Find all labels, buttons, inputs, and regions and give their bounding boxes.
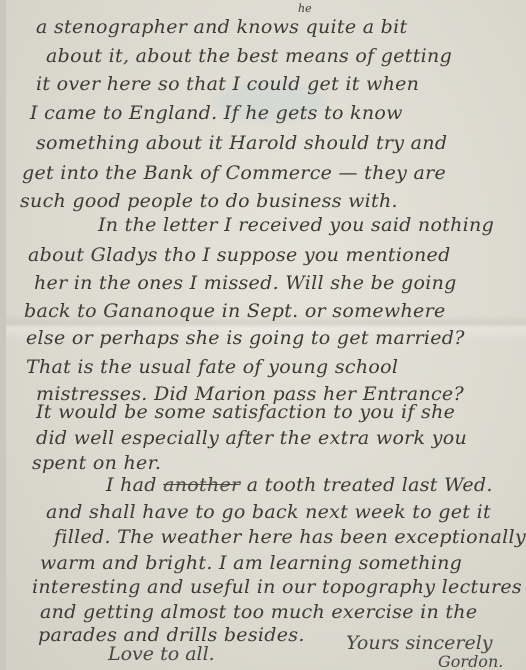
letter-line: That is the usual fate of young school xyxy=(26,356,398,378)
letter-line: about it, about the best means of gettin… xyxy=(46,45,452,67)
letter-page: he a stenographer and knows quite a bit … xyxy=(0,0,526,670)
letter-line: warm and bright. I am learning something xyxy=(40,552,462,574)
letter-line: In the letter I received you said nothin… xyxy=(98,214,494,236)
letter-line: something about it Harold should try and xyxy=(36,132,447,154)
letter-line: about Gladys tho I suppose you mentioned xyxy=(28,244,451,266)
letter-line: get into the Bank of Commerce — they are xyxy=(22,162,446,184)
struck-word: another xyxy=(163,474,240,496)
closing-love: Love to all. xyxy=(108,643,215,665)
letter-line: filled. The weather here has been except… xyxy=(54,526,526,548)
letter-line: a stenographer and knows quite a bit xyxy=(36,16,407,38)
letter-line: it over here so that I could get it when xyxy=(36,73,419,95)
signature: Gordon. xyxy=(438,652,503,670)
letter-line: It would be some satisfaction to you if … xyxy=(36,401,455,423)
letter-line: I came to England. If he gets to know xyxy=(30,102,403,124)
letter-line: did well especially after the extra work… xyxy=(36,427,467,449)
letter-line-tooth: I had another a tooth treated last Wed. xyxy=(106,474,493,496)
letter-line: spent on her. xyxy=(32,452,161,474)
letter-line: interesting and useful in our topography… xyxy=(32,576,522,598)
letter-line: such good people to do business with. xyxy=(20,190,398,212)
closing-valediction: Yours sincerely xyxy=(346,632,493,654)
letter-line: her in the ones I missed. Will she be go… xyxy=(34,272,457,294)
letter-line: and shall have to go back next week to g… xyxy=(46,501,491,523)
tooth-line-before: I had xyxy=(106,474,157,496)
insertion-he: he xyxy=(298,2,312,15)
tooth-line-after: a tooth treated last Wed. xyxy=(247,474,493,496)
letter-line: back to Gananoque in Sept. or somewhere xyxy=(24,300,446,322)
letter-line: and getting almost too much exercise in … xyxy=(40,601,477,623)
letter-line: else or perhaps she is going to get marr… xyxy=(26,327,465,349)
